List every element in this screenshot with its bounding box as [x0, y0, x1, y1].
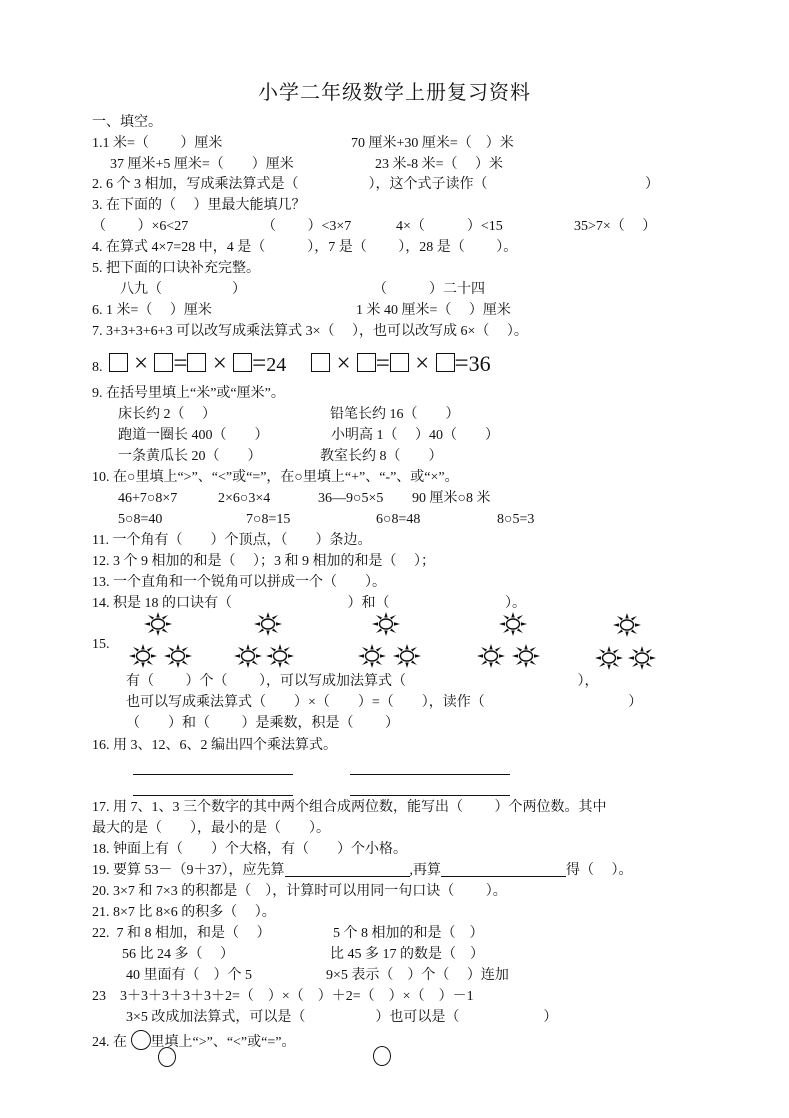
- sun-icon: [143, 611, 173, 637]
- question-1a: 1.1 米=（ ）厘米: [92, 135, 222, 153]
- question-3b: （ ）<3×7: [262, 218, 351, 236]
- question-24b: 里填上“>”、“<”或“=”。: [151, 1035, 296, 1050]
- question-24a: 24. 在: [92, 1035, 127, 1050]
- question-3a: （ ）×6<27: [92, 218, 188, 236]
- sun-icon: [392, 643, 422, 669]
- answer-line[interactable]: [350, 795, 510, 796]
- question-9-item: 小明高 1（ ）40（ ）: [331, 427, 499, 445]
- question-20: 20. 3×7 和 7×3 的积都是（ ），计算时可以用同一句口诀（ ）。: [92, 883, 507, 901]
- sun-icon: [265, 643, 295, 669]
- answer-line[interactable]: [133, 795, 293, 796]
- page-title: 小学二年级数学上册复习资料: [0, 80, 789, 106]
- sun-icon: [128, 643, 158, 669]
- question-17b: 最大的是（ ），最小的是（ ）。: [92, 820, 330, 838]
- equals-sign: =: [376, 350, 390, 377]
- answer-line[interactable]: [441, 876, 566, 877]
- question-5a: 八九（ ）: [120, 281, 246, 299]
- question-19: 19. 要算 53－（9＋37），应先算,再算得（ ）。: [92, 862, 633, 880]
- answer-line[interactable]: [285, 876, 410, 877]
- sun-icon: [476, 643, 506, 669]
- times-sign: ×: [415, 350, 429, 377]
- question-19b: ,再算: [410, 863, 442, 878]
- sun-icon: [163, 643, 193, 669]
- times-sign: ×: [134, 350, 148, 377]
- sun-icon: [612, 612, 642, 638]
- sun-icon: [594, 645, 624, 671]
- question-10-item: 5○8=40: [118, 511, 162, 529]
- sun-icon: [233, 643, 263, 669]
- sun-icon: [498, 611, 528, 637]
- question-22b: 5 个 8 相加的和是（ ）: [333, 925, 484, 943]
- question-10-item: 46+7○8×7: [118, 490, 177, 508]
- question-6b: 1 米 40 厘米=（ ）厘米: [356, 302, 511, 320]
- question-15-line3: （ ）和（ ）是乘数，积是（ ）: [126, 715, 399, 733]
- question-10-item: 2×6○3×4: [218, 490, 270, 508]
- question-9-item: 铅笔长约 16（ ）: [330, 406, 460, 424]
- question-19c: 得（ ）。: [566, 863, 633, 878]
- section-heading: 一、填空。: [92, 114, 162, 132]
- question-21: 21. 8×7 比 8×6 的积多（ ）。: [92, 904, 276, 922]
- question-10-prompt: 10. 在○里填上“>”、“<”或“=”，在○里填上“+”、“-”、或“×”。: [92, 469, 459, 487]
- question-9-prompt: 9. 在括号里填上“米”或“厘米”。: [92, 385, 285, 403]
- answer-box[interactable]: [311, 353, 330, 372]
- question-23b: 3×5 改成加法算式，可以是（ ）也可以是（ ）: [126, 1009, 557, 1027]
- question-1b: 70 厘米+30 厘米=（ ）米: [351, 135, 514, 153]
- question-13: 13. 一个直角和一个锐角可以拼成一个（ ）。: [92, 574, 386, 592]
- answer-circle[interactable]: [158, 1047, 176, 1067]
- result-24: 24: [266, 354, 286, 376]
- answer-box[interactable]: [154, 353, 173, 372]
- question-15-line2: 也可以写成乘法算式（ ）×（ ）=（ ），读作（ ）: [126, 694, 642, 712]
- question-3-prompt: 3. 在下面的（ ）里最大能填几？: [92, 197, 306, 215]
- question-15-line1: 有（ ）个（ ），可以写成加法算式（ ），: [126, 673, 599, 691]
- question-22e: 40 里面有（ ）个 5: [126, 967, 252, 985]
- question-17a: 17. 用 7、1、3 三个数字的其中两个组合成两位数，能写出（ ）个两位数。其…: [92, 799, 607, 817]
- question-9-item: 教室长约 8（ ）: [320, 448, 443, 466]
- circle-icon: [131, 1030, 151, 1050]
- question-10-item: 90 厘米○8 米: [412, 490, 490, 508]
- question-3d: 35>7×（ ）: [574, 218, 656, 236]
- result-36: 36: [469, 351, 491, 376]
- question-2: 2. 6 个 3 相加，写成乘法算式是（ ），这个式子读作（ ）: [92, 176, 659, 194]
- question-22c: 56 比 24 多（ ）: [122, 946, 234, 964]
- question-4: 4. 在算式 4×7=28 中，4 是（ ），7 是（ ），28 是（ ）。: [92, 239, 517, 257]
- sun-icon: [627, 645, 657, 671]
- question-7: 7. 3+3+3+6+3 可以改写成乘法算式 3×（ ），也可以改写成 6×（ …: [92, 323, 528, 341]
- question-22d: 比 45 多 17 的数是（ ）: [330, 946, 484, 964]
- question-10-item: 6○8=48: [376, 511, 420, 529]
- question-8: 8. × = × =24 × = × =36: [92, 349, 491, 383]
- question-9-item: 跑道一圈长 400（ ）: [118, 427, 269, 445]
- equals-sign: =: [173, 350, 187, 377]
- question-23a: 23 3＋3＋3＋3＋3＋2=（ ）×（ ）＋2=（ ）×（ ）－1: [92, 988, 474, 1006]
- question-1d: 23 米-8 米=（ ）米: [375, 156, 503, 174]
- answer-box[interactable]: [357, 353, 376, 372]
- question-12: 12. 3 个 9 相加的和是（ ）；3 和 9 相加的和是（ ）；: [92, 553, 435, 571]
- question-8-number: 8.: [92, 360, 103, 375]
- answer-circle[interactable]: [373, 1046, 391, 1066]
- answer-line[interactable]: [133, 774, 293, 775]
- question-3c: 4×（ ）<15: [396, 218, 503, 236]
- sun-icon: [371, 611, 401, 637]
- times-sign: ×: [213, 350, 227, 377]
- question-15-number: 15.: [92, 636, 110, 654]
- question-22a: 22. 7 和 8 相加，和是（ ）: [92, 925, 271, 943]
- question-10-item: 36—9○5×5: [318, 490, 383, 508]
- equals-sign: =: [252, 350, 266, 377]
- sun-icon: [253, 611, 283, 637]
- sun-icon: [357, 643, 387, 669]
- answer-line[interactable]: [350, 774, 510, 775]
- question-10-item: 7○8=15: [246, 511, 290, 529]
- sun-icon: [511, 643, 541, 669]
- answer-box[interactable]: [233, 353, 252, 372]
- times-sign: ×: [336, 350, 350, 377]
- question-6a: 6. 1 米=（ ）厘米: [92, 302, 212, 320]
- question-18: 18. 钟面上有（ ）个大格，有（ ）个小格。: [92, 841, 407, 859]
- question-16: 16. 用 3、12、6、2 编出四个乘法算式。: [92, 737, 337, 755]
- question-11: 11. 一个角有（ ）个顶点，（ ）条边。: [92, 532, 371, 550]
- question-22f: 9×5 表示（ ）个（ ）连加: [326, 967, 509, 985]
- answer-box[interactable]: [436, 353, 455, 372]
- answer-box[interactable]: [187, 353, 206, 372]
- question-24: 24. 在 里填上“>”、“<”或“=”。: [92, 1030, 295, 1052]
- answer-box[interactable]: [109, 353, 128, 372]
- question-5b: （ ）二十四: [373, 281, 485, 299]
- answer-box[interactable]: [390, 353, 409, 372]
- question-19a: 19. 要算 53－（9＋37），应先算: [92, 863, 285, 878]
- question-1c: 37 厘米+5 厘米=（ ）厘米: [110, 156, 294, 174]
- question-9-item: 一条黄瓜长 20（ ）: [118, 448, 262, 466]
- question-5-prompt: 5. 把下面的口诀补充完整。: [92, 260, 260, 278]
- question-10-item: 8○5=3: [497, 511, 534, 529]
- question-9-item: 床长约 2（ ）: [118, 406, 216, 424]
- equals-sign: =: [455, 350, 469, 377]
